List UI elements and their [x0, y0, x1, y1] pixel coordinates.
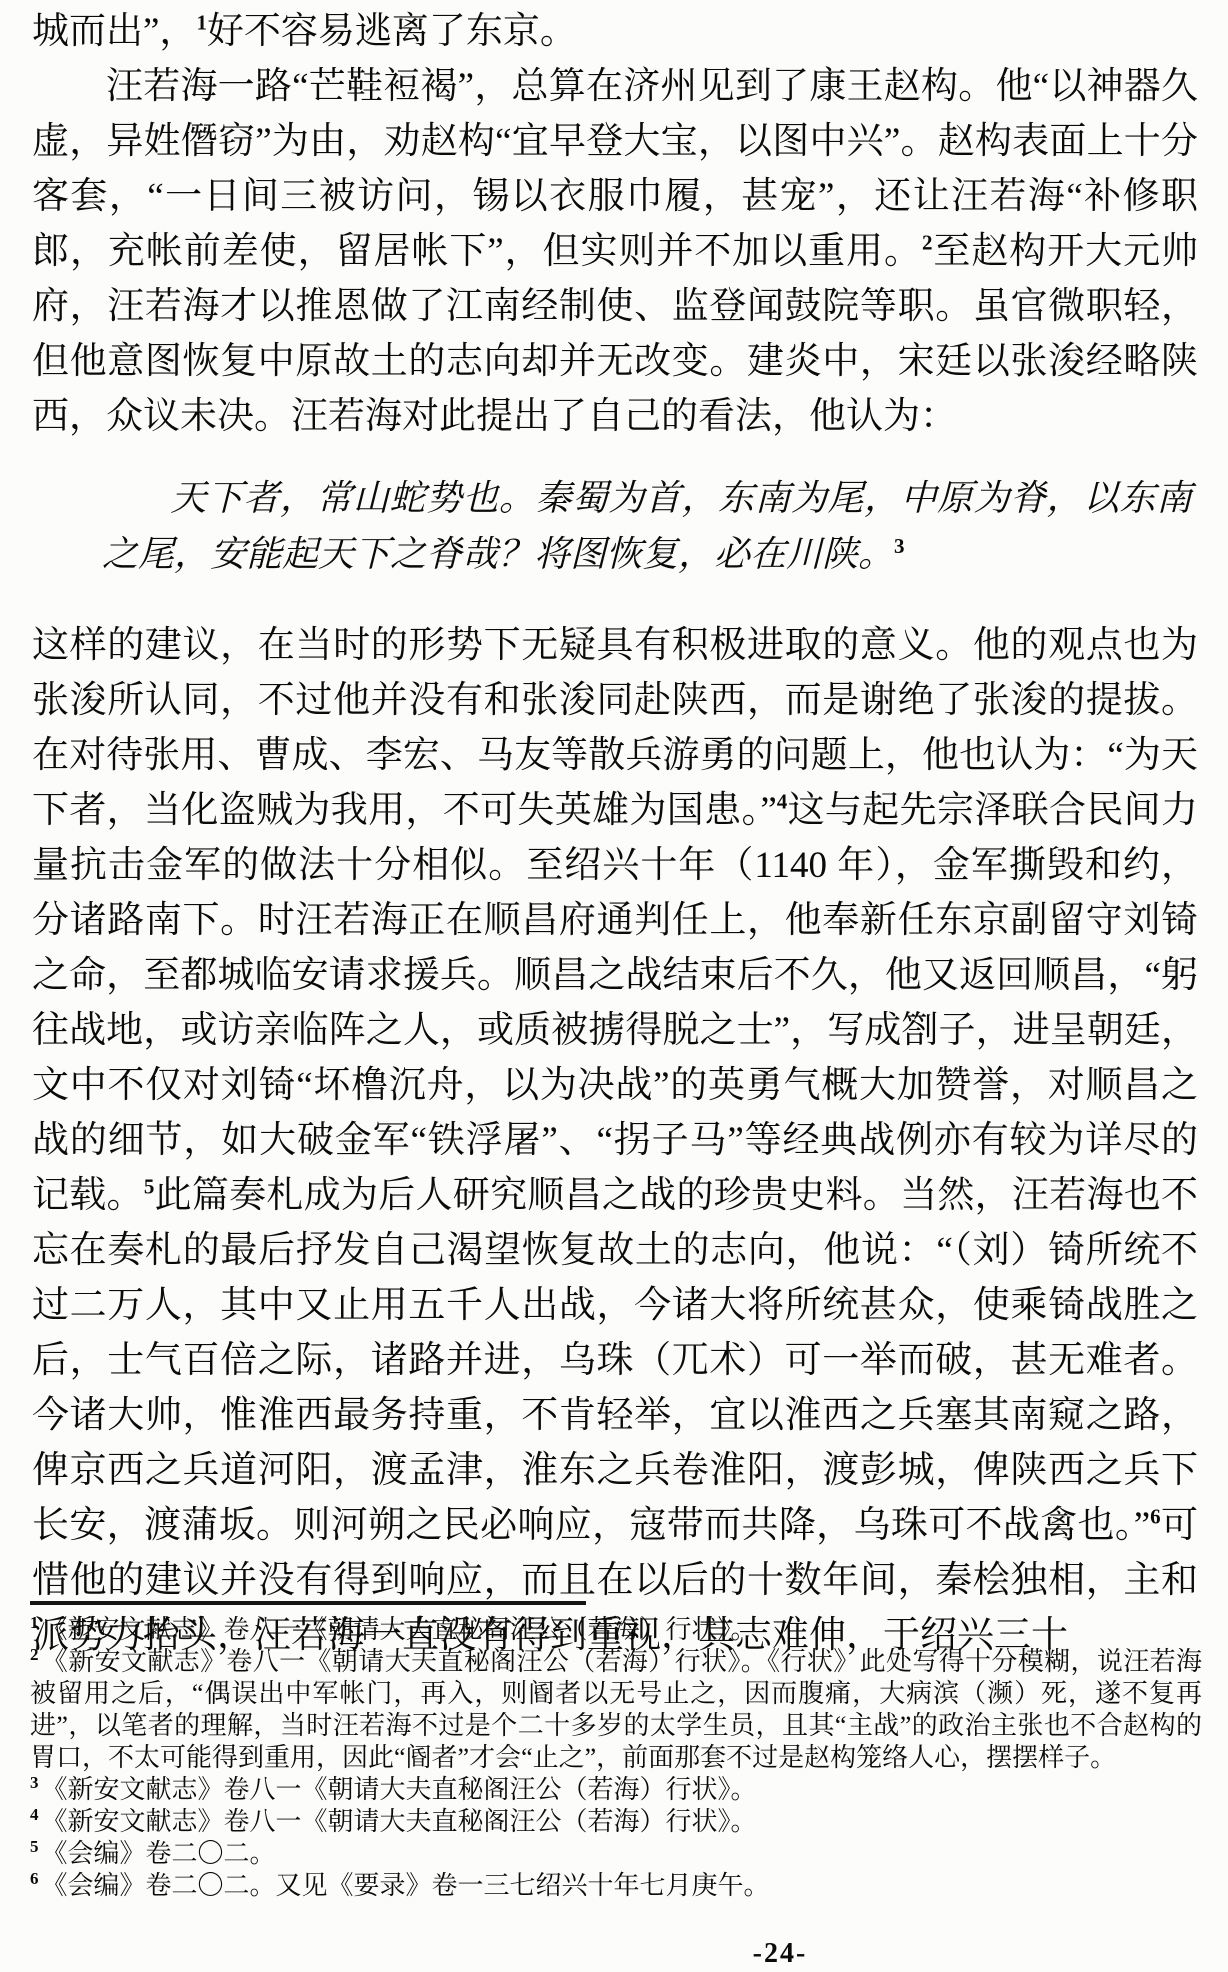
footnote-text: 《会编》卷二〇二。 [42, 1839, 276, 1868]
footnote-ref-5: 5 [144, 1175, 155, 1199]
footnote-text: 《新安文献志》卷八一《朝请大夫直秘阁汪公（若海）行状》。 [42, 1615, 757, 1644]
body-text: 城而出”， [32, 11, 196, 52]
footnote-text: 《新安文献志》卷八一《朝请大夫直秘阁汪公（若海）行状》。 [42, 1775, 757, 1804]
footnote-5: 5《会编》卷二〇二。 [30, 1838, 1202, 1870]
main-text: 城而出”，1好不容易逃离了东京。 汪若海一路“芒鞋裋褐”，总算在济州见到了康王赵… [32, 4, 1198, 1663]
footnote-separator [30, 1601, 586, 1605]
footnote-marker: 2 [30, 1645, 39, 1664]
paragraph: 汪若海一路“芒鞋裋褐”，总算在济州见到了康王赵构。他“以神器久虚，异姓僭窃”为由… [32, 59, 1198, 444]
body-text: 这与起先宗泽联合民间力量抗击金军的做法十分相似。至绍兴十年（1140 年），金军… [32, 790, 1198, 1216]
footnote-ref-2: 2 [922, 231, 933, 255]
footnote-marker: 5 [30, 1837, 39, 1856]
footnote-marker: 4 [30, 1805, 39, 1824]
footnote-marker: 3 [30, 1773, 39, 1792]
footnote-text: 《新安文献志》卷八一《朝请大夫直秘阁汪公（若海）行状》。《行状》此处写得十分模糊… [30, 1647, 1202, 1772]
footnote-marker: 6 [30, 1869, 39, 1888]
scanned-book-page: 城而出”，1好不容易逃离了东京。 汪若海一路“芒鞋裋褐”，总算在济州见到了康王赵… [0, 0, 1228, 1972]
footnote-6: 6《会编》卷二〇二。又见《要录》卷一三七绍兴十年七月庚午。 [30, 1870, 1202, 1902]
footnote-ref-4: 4 [777, 790, 788, 814]
page-number: -24- [700, 1938, 860, 1970]
footnotes-section: 1《新安文献志》卷八一《朝请大夫直秘阁汪公（若海）行状》。 2《新安文献志》卷八… [30, 1614, 1202, 1902]
paragraph-continuation: 城而出”，1好不容易逃离了东京。 [32, 4, 1198, 59]
footnote-text: 《会编》卷二〇二。又见《要录》卷一三七绍兴十年七月庚午。 [42, 1871, 770, 1900]
footnote-ref-6: 6 [1150, 1505, 1161, 1529]
footnote-3: 3《新安文献志》卷八一《朝请大夫直秘阁汪公（若海）行状》。 [30, 1774, 1202, 1806]
footnote-1: 1《新安文献志》卷八一《朝请大夫直秘阁汪公（若海）行状》。 [30, 1614, 1202, 1646]
block-quote: 天下者，常山蛇势也。秦蜀为首，东南为尾，中原为脊，以东南之尾，安能起天下之脊哉？… [102, 470, 1192, 582]
footnote-marker: 1 [30, 1613, 39, 1632]
footnote-4: 4《新安文献志》卷八一《朝请大夫直秘阁汪公（若海）行状》。 [30, 1806, 1202, 1838]
footnote-2: 2《新安文献志》卷八一《朝请大夫直秘阁汪公（若海）行状》。《行状》此处写得十分模… [30, 1646, 1202, 1774]
footnote-ref-1: 1 [196, 11, 207, 35]
paragraph: 这样的建议，在当时的形势下无疑具有积极进取的意义。他的观点也为张浚所认同，不过他… [32, 618, 1198, 1663]
footnote-ref-3: 3 [894, 534, 905, 558]
body-text: 此篇奏札成为后人研究顺昌之战的珍贵史料。当然，汪若海也不忘在奏札的最后抒发自己渴… [32, 1175, 1198, 1546]
quote-text: 天下者，常山蛇势也。秦蜀为首，东南为尾，中原为脊，以东南之尾，安能起天下之脊哉？… [102, 478, 1192, 574]
body-text: 好不容易逃离了东京。 [207, 11, 577, 52]
footnote-text: 《新安文献志》卷八一《朝请大夫直秘阁汪公（若海）行状》。 [42, 1807, 757, 1836]
